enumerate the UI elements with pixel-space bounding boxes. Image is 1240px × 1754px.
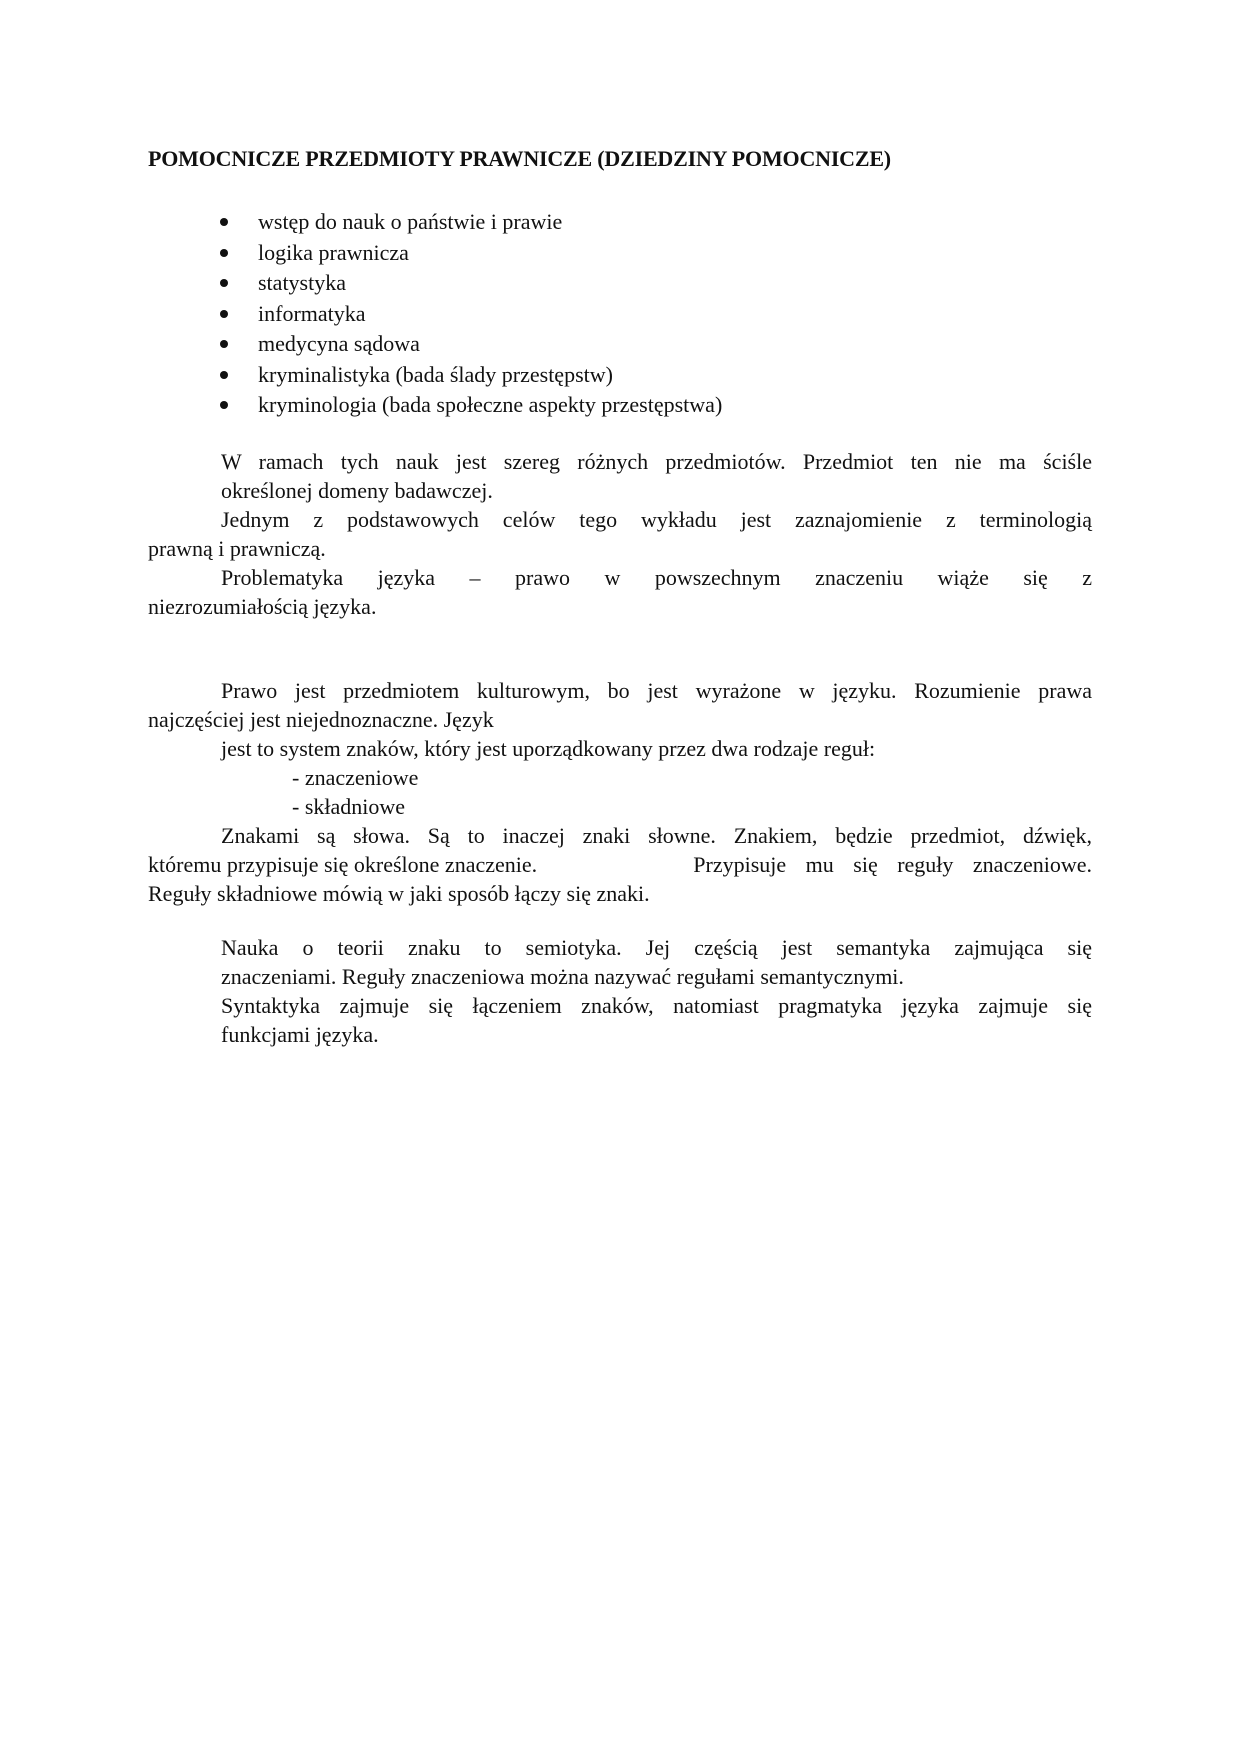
paragraph-language: Prawo jest przedmiotem kulturowym, bo je… <box>148 676 1092 908</box>
bullet-icon <box>220 310 228 318</box>
bullet-icon <box>220 340 228 348</box>
document-page: POMOCNICZE PRZEDMIOTY PRAWNICZE (DZIEDZI… <box>0 0 1240 1754</box>
list-item: statystyka <box>220 268 722 299</box>
list-item: informatyka <box>220 299 722 330</box>
list-item: kryminalistyka (bada ślady przestępstw) <box>220 360 722 391</box>
list-item: medycyna sądowa <box>220 329 722 360</box>
list-item: wstęp do nauk o państwie i prawie <box>220 207 722 238</box>
bullet-icon <box>220 218 228 226</box>
bullet-icon <box>220 401 228 409</box>
bullet-icon <box>220 371 228 379</box>
paragraph-subjects: W ramach tych nauk jest szereg różnych p… <box>148 447 1092 621</box>
auxiliary-subjects-list: wstęp do nauk o państwie i prawie logika… <box>220 207 722 421</box>
bullet-icon <box>220 249 228 257</box>
list-item: kryminologia (bada społeczne aspekty prz… <box>220 390 722 421</box>
bullet-icon <box>220 279 228 287</box>
paragraph-semiotics: Nauka o teorii znaku to semiotyka. Jej c… <box>221 933 1092 1049</box>
list-item: logika prawnicza <box>220 238 722 269</box>
document-title: POMOCNICZE PRZEDMIOTY PRAWNICZE (DZIEDZI… <box>148 146 891 172</box>
